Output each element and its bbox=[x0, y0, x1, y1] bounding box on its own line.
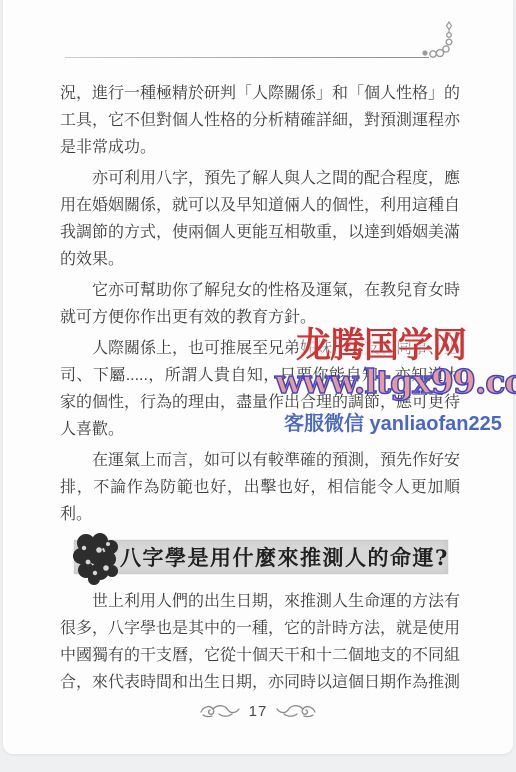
header-rule bbox=[65, 57, 429, 58]
paragraph: 世上利用人們的出生日期，來推測人生命運的方法有很多，八字學也是其中的一種，它的計… bbox=[60, 588, 460, 696]
paragraph: 況，進行一種極精於研判「人際關係」和「個人性格」的工具，它不但對個人性格的分析精… bbox=[60, 80, 460, 161]
bead-flower-ornament-icon bbox=[421, 20, 457, 60]
section-title-banner: 八字學是用什麼來推測人的命運? bbox=[74, 540, 448, 574]
paragraph: 它亦可幫助你了解兒女的性格及運氣，在教兒育女時就可方便你作出更有效的教育方針。 bbox=[60, 277, 460, 331]
floral-flourish-left-icon bbox=[199, 702, 241, 720]
page-number: 17 bbox=[249, 703, 268, 720]
page-footer: 17 bbox=[3, 702, 513, 720]
cloud-seal-icon bbox=[70, 530, 124, 586]
floral-flourish-right-icon bbox=[275, 702, 317, 720]
paragraph: 在運氣上而言，如可以有較準確的預測，預先作好安排，不論作為防範也好，出擊也好，相… bbox=[60, 447, 460, 528]
section-title: 八字學是用什麼來推測人的命運? bbox=[120, 544, 449, 571]
book-page: 況，進行一種極精於研判「人際關係」和「個人性格」的工具，它不但對個人性格的分析精… bbox=[3, 0, 513, 754]
paragraph: 人際關係上，也可推展至兄弟姊妹、朋友、同事、上司、下屬.....，所謂人貴自知，… bbox=[60, 335, 460, 443]
paragraph: 亦可利用八字，預先了解人與人之間的配合程度，應用在婚姻關係，就可以及早知道倆人的… bbox=[60, 165, 460, 273]
text-column: 況，進行一種極精於研判「人際關係」和「個人性格」的工具，它不但對個人性格的分析精… bbox=[60, 80, 460, 700]
